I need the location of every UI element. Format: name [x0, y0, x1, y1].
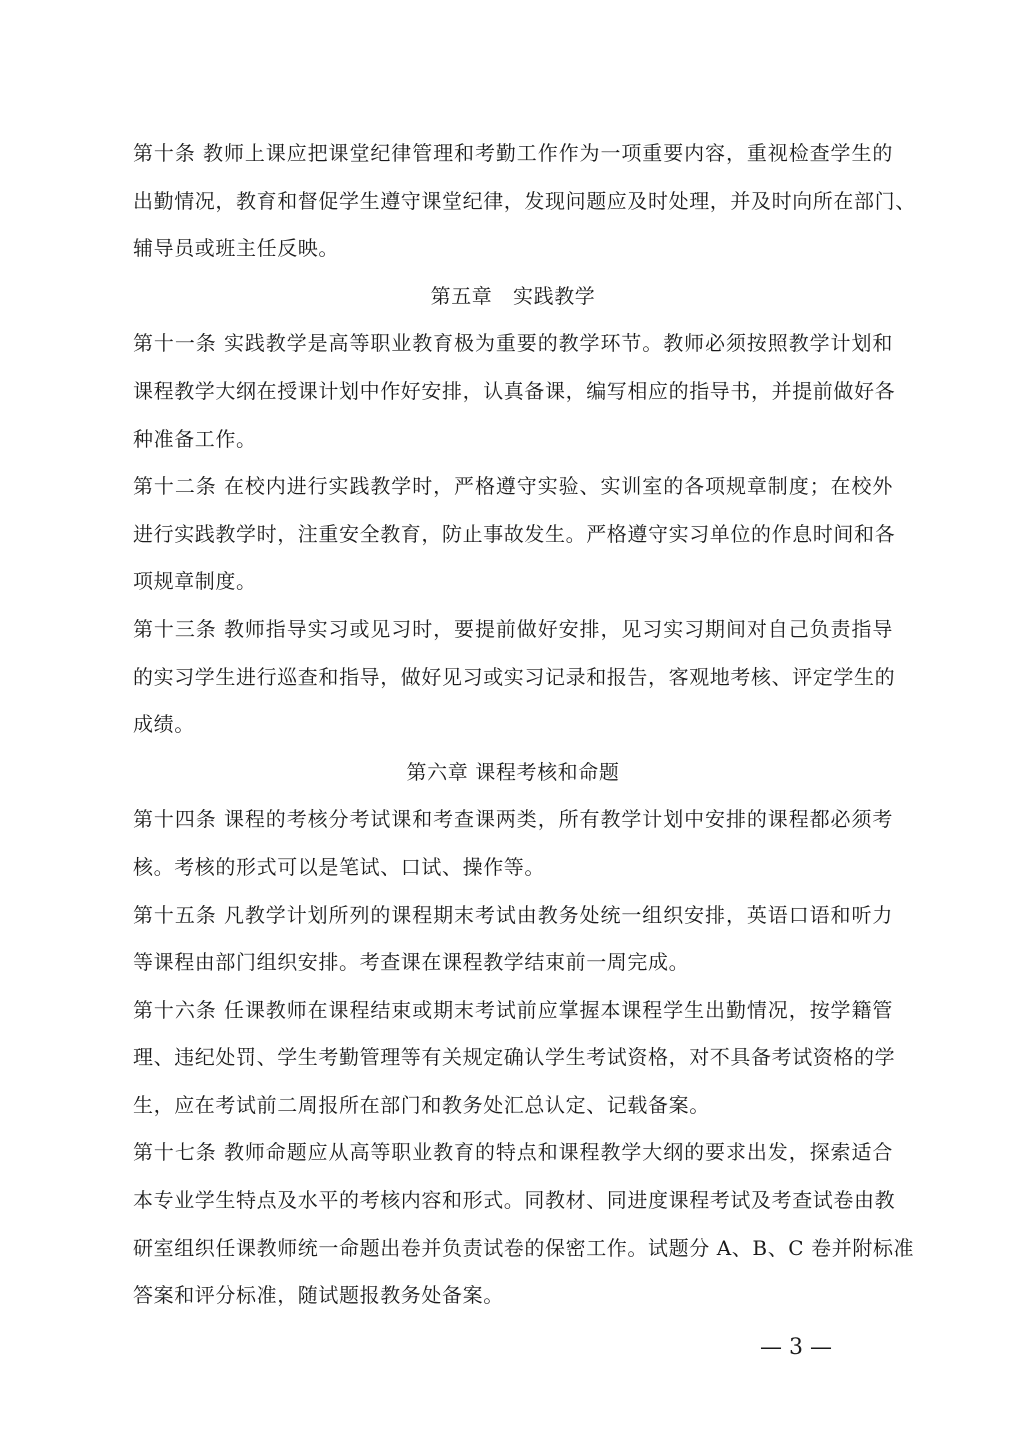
article-15-line-1: 第十五条 凡教学计划所列的课程期末考试由教务处统一组织安排，英语口语和听力: [133, 892, 893, 940]
article-11-line-3: 种准备工作。: [133, 416, 893, 464]
article-13-line-2: 的实习学生进行巡查和指导，做好见习或实习记录和报告，客观地考核、评定学生的: [133, 654, 893, 702]
document-page: 第十条 教师上课应把课堂纪律管理和考勤工作作为一项重要内容，重视检查学生的 出勤…: [133, 130, 893, 1320]
article-10-line-2: 出勤情况，教育和督促学生遵守课堂纪律，发现问题应及时处理，并及时向所在部门、: [133, 178, 893, 226]
chapter-5-heading: 第五章 实践教学: [133, 273, 893, 321]
article-14-line-1: 第十四条 课程的考核分考试课和考查课两类，所有教学计划中安排的课程都必须考: [133, 796, 893, 844]
article-12-line-1: 第十二条 在校内进行实践教学时，严格遵守实验、实训室的各项规章制度；在校外: [133, 463, 893, 511]
article-12-line-3: 项规章制度。: [133, 558, 893, 606]
article-17-line-2: 本专业学生特点及水平的考核内容和形式。同教材、同进度课程考试及考查试卷由教: [133, 1177, 893, 1225]
article-13-line-3: 成绩。: [133, 701, 893, 749]
article-15-line-2: 等课程由部门组织安排。考查课在课程教学结束前一周完成。: [133, 939, 893, 987]
article-12-line-2: 进行实践教学时，注重安全教育，防止事故发生。严格遵守实习单位的作息时间和各: [133, 511, 893, 559]
article-16-line-1: 第十六条 任课教师在课程结束或期末考试前应掌握本课程学生出勤情况，按学籍管: [133, 987, 893, 1035]
article-16-line-2: 理、违纪处罚、学生考勤管理等有关规定确认学生考试资格，对不具备考试资格的学: [133, 1034, 893, 1082]
article-10-line-1: 第十条 教师上课应把课堂纪律管理和考勤工作作为一项重要内容，重视检查学生的: [133, 130, 893, 178]
article-17-line-1: 第十七条 教师命题应从高等职业教育的特点和课程教学大纲的要求出发，探索适合: [133, 1129, 893, 1177]
article-10-line-3: 辅导员或班主任反映。: [133, 225, 893, 273]
article-17-line-4: 答案和评分标准，随试题报教务处备案。: [133, 1272, 893, 1320]
article-13-line-1: 第十三条 教师指导实习或见习时，要提前做好安排，见习实习期间对自己负责指导: [133, 606, 893, 654]
page-number: — 3 —: [760, 1333, 832, 1363]
chapter-6-heading: 第六章 课程考核和命题: [133, 749, 893, 797]
article-11-line-1: 第十一条 实践教学是高等职业教育极为重要的教学环节。教师必须按照教学计划和: [133, 320, 893, 368]
article-17-line-3: 研室组织任课教师统一命题出卷并负责试卷的保密工作。试题分 A、B、C 卷并附标准: [133, 1225, 893, 1273]
article-14-line-2: 核。考核的形式可以是笔试、口试、操作等。: [133, 844, 893, 892]
article-16-line-3: 生，应在考试前二周报所在部门和教务处汇总认定、记载备案。: [133, 1082, 893, 1130]
article-11-line-2: 课程教学大纲在授课计划中作好安排，认真备课，编写相应的指导书，并提前做好各: [133, 368, 893, 416]
